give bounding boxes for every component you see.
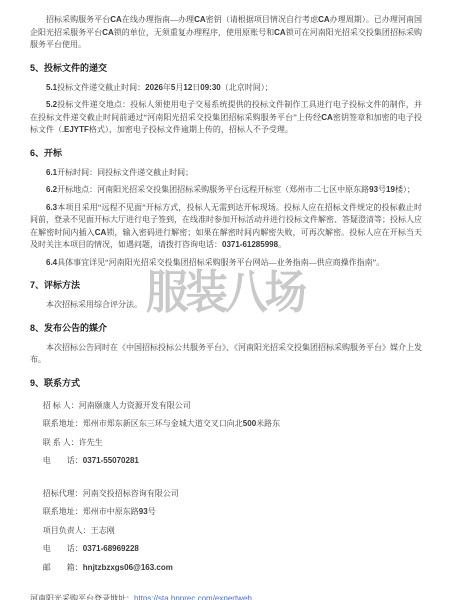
section-6-heading: 6、开标 xyxy=(30,147,422,159)
para-6-4: 6.4具体事宜详见“河南阳光招采交投集团招标采购服务平台网站—业务指南—供应商操… xyxy=(30,257,422,270)
agency-phone-line: 电 话：0371-68969228 xyxy=(30,540,422,559)
agency-email-line: 邮 箱：hnjtzbzxgs06@163.com xyxy=(30,559,422,578)
section-8-heading: 8、发布公告的媒介 xyxy=(30,322,422,334)
para-6-2: 6.2开标地点：河南阳光招采交投集团招标采购服务平台远程开标室（郑州市二七区中原… xyxy=(30,184,422,197)
para-5-2: 5.2投标文件递交地点：投标人须使用电子交易系统提供的投标文件制作工具进行电子投… xyxy=(30,99,422,137)
para-7-1: 本次招标采用综合评分法。 xyxy=(30,299,422,312)
section-7-heading: 7、评标方法 xyxy=(30,279,422,291)
para-5-1: 5.1投标文件递交截止时间：2026年5月12日09:30（北京时间）； xyxy=(30,82,422,95)
document-page: 服装八场 招标采购服务平台CA在线办理指南—办理CA密钥（请根据项目情况自行考虑… xyxy=(0,0,450,600)
para-6-3: 6.3本项目采用“远程不见面”开标方式，投标人无需到达开标现场。投标人应在招标文… xyxy=(30,202,422,252)
tenderer-contact-person-line: 联 系 人：许先生 xyxy=(30,434,422,453)
tenderer-address-line: 联系地址：郑州市郑东新区东三环与金城大道交叉口向北500米路东 xyxy=(30,415,422,434)
intro-paragraph: 招标采购服务平台CA在线办理指南—办理CA密钥（请根据项目情况自行考虑CA办理周… xyxy=(30,14,422,52)
tenderer-phone-line: 电 话：0371-55070281 xyxy=(30,452,422,471)
platform-login-line: 河南阳光采购平台登录地址：https://sta.hnprec.com/expe… xyxy=(30,592,422,600)
tenderer-contact-block: 招 标 人：河南颐康人力资源开发有限公司 联系地址：郑州市郑东新区东三环与金城大… xyxy=(30,397,422,471)
document-content: 招标采购服务平台CA在线办理指南—办理CA密钥（请根据项目情况自行考虑CA办理周… xyxy=(30,14,422,600)
section-5-heading: 5、投标文件的递交 xyxy=(30,62,422,74)
agency-contact-block: 招标代理：河南交投招标咨询有限公司 联系地址：郑州市中原东路93号 项目负责人：… xyxy=(30,485,422,578)
platform-login-label: 河南阳光采购平台登录地址： xyxy=(30,594,134,600)
para-8-1: 本次招标公告同时在《中国招标投标公共服务平台》、《河南阳光招采交投集团招标采购服… xyxy=(30,342,422,367)
tenderer-name-line: 招 标 人：河南颐康人力资源开发有限公司 xyxy=(30,397,422,416)
section-9-heading: 9、联系方式 xyxy=(30,377,422,389)
para-6-1: 6.1开标时间：同投标文件递交截止时间； xyxy=(30,167,422,180)
platform-login-link[interactable]: https://sta.hnprec.com/expertweb xyxy=(134,594,252,600)
agency-project-lead-line: 项目负责人：王志刚 xyxy=(30,522,422,541)
agency-name-line: 招标代理：河南交投招标咨询有限公司 xyxy=(30,485,422,504)
agency-address-line: 联系地址：郑州市中原东路93号 xyxy=(30,503,422,522)
